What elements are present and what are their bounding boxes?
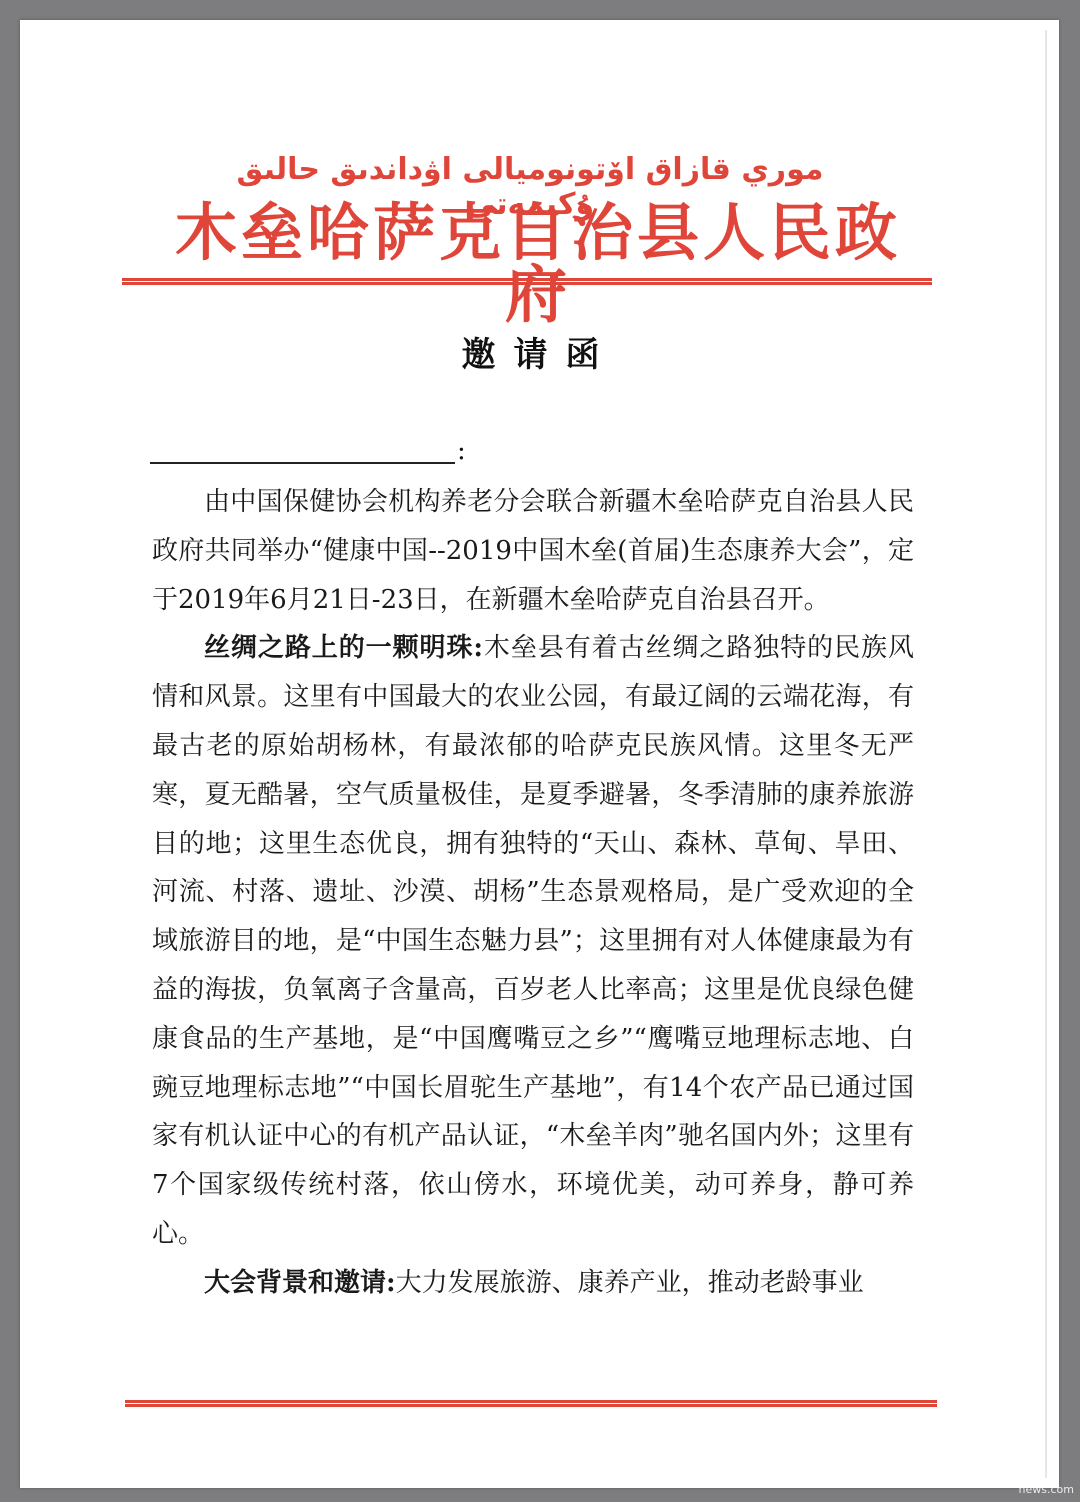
paragraph-heading: 丝绸之路上的一颗明珠: [204, 633, 483, 663]
paragraph-background: 大会背景和邀请:大力发展旅游、康养产业，推动老龄事业 [152, 1259, 914, 1308]
paragraph-heading: 大会背景和邀请: [204, 1268, 396, 1298]
page-edge-shadow [1045, 30, 1047, 1478]
letterhead-divider [122, 278, 932, 281]
salutation-colon: : [457, 438, 466, 464]
salutation: : [150, 438, 466, 464]
paragraph-text: 木垒县有着古丝绸之路独特的民族风情和风景。这里有中国最大的农业公园，有最辽阔的云… [152, 633, 914, 1249]
paragraph-text: 由中国保健协会机构养老分会联合新疆木垒哈萨克自治县人民政府共同举办“健康中国--… [152, 487, 914, 615]
document-page: موري قازاق اۆتونوميالى اۋداندىق حالىق ۇك… [20, 20, 1059, 1488]
paragraph-silk-road: 丝绸之路上的一颗明珠:木垒县有着古丝绸之路独特的民族风情和风景。这里有中国最大的… [152, 624, 914, 1258]
footer-divider [125, 1400, 937, 1403]
document-title: 邀请函 [20, 327, 1059, 376]
recipient-blank-line [150, 462, 455, 464]
paragraph-text: 大力发展旅游、康养产业，推动老龄事业 [396, 1268, 864, 1298]
watermark: news.com [1019, 1483, 1074, 1496]
letterhead-chinese-title: 木垒哈萨克自治县人民政府 [148, 202, 928, 326]
document-body: 由中国保健协会机构养老分会联合新疆木垒哈萨克自治县人民政府共同举办“健康中国--… [152, 478, 914, 1308]
paragraph-intro: 由中国保健协会机构养老分会联合新疆木垒哈萨克自治县人民政府共同举办“健康中国--… [152, 478, 914, 624]
